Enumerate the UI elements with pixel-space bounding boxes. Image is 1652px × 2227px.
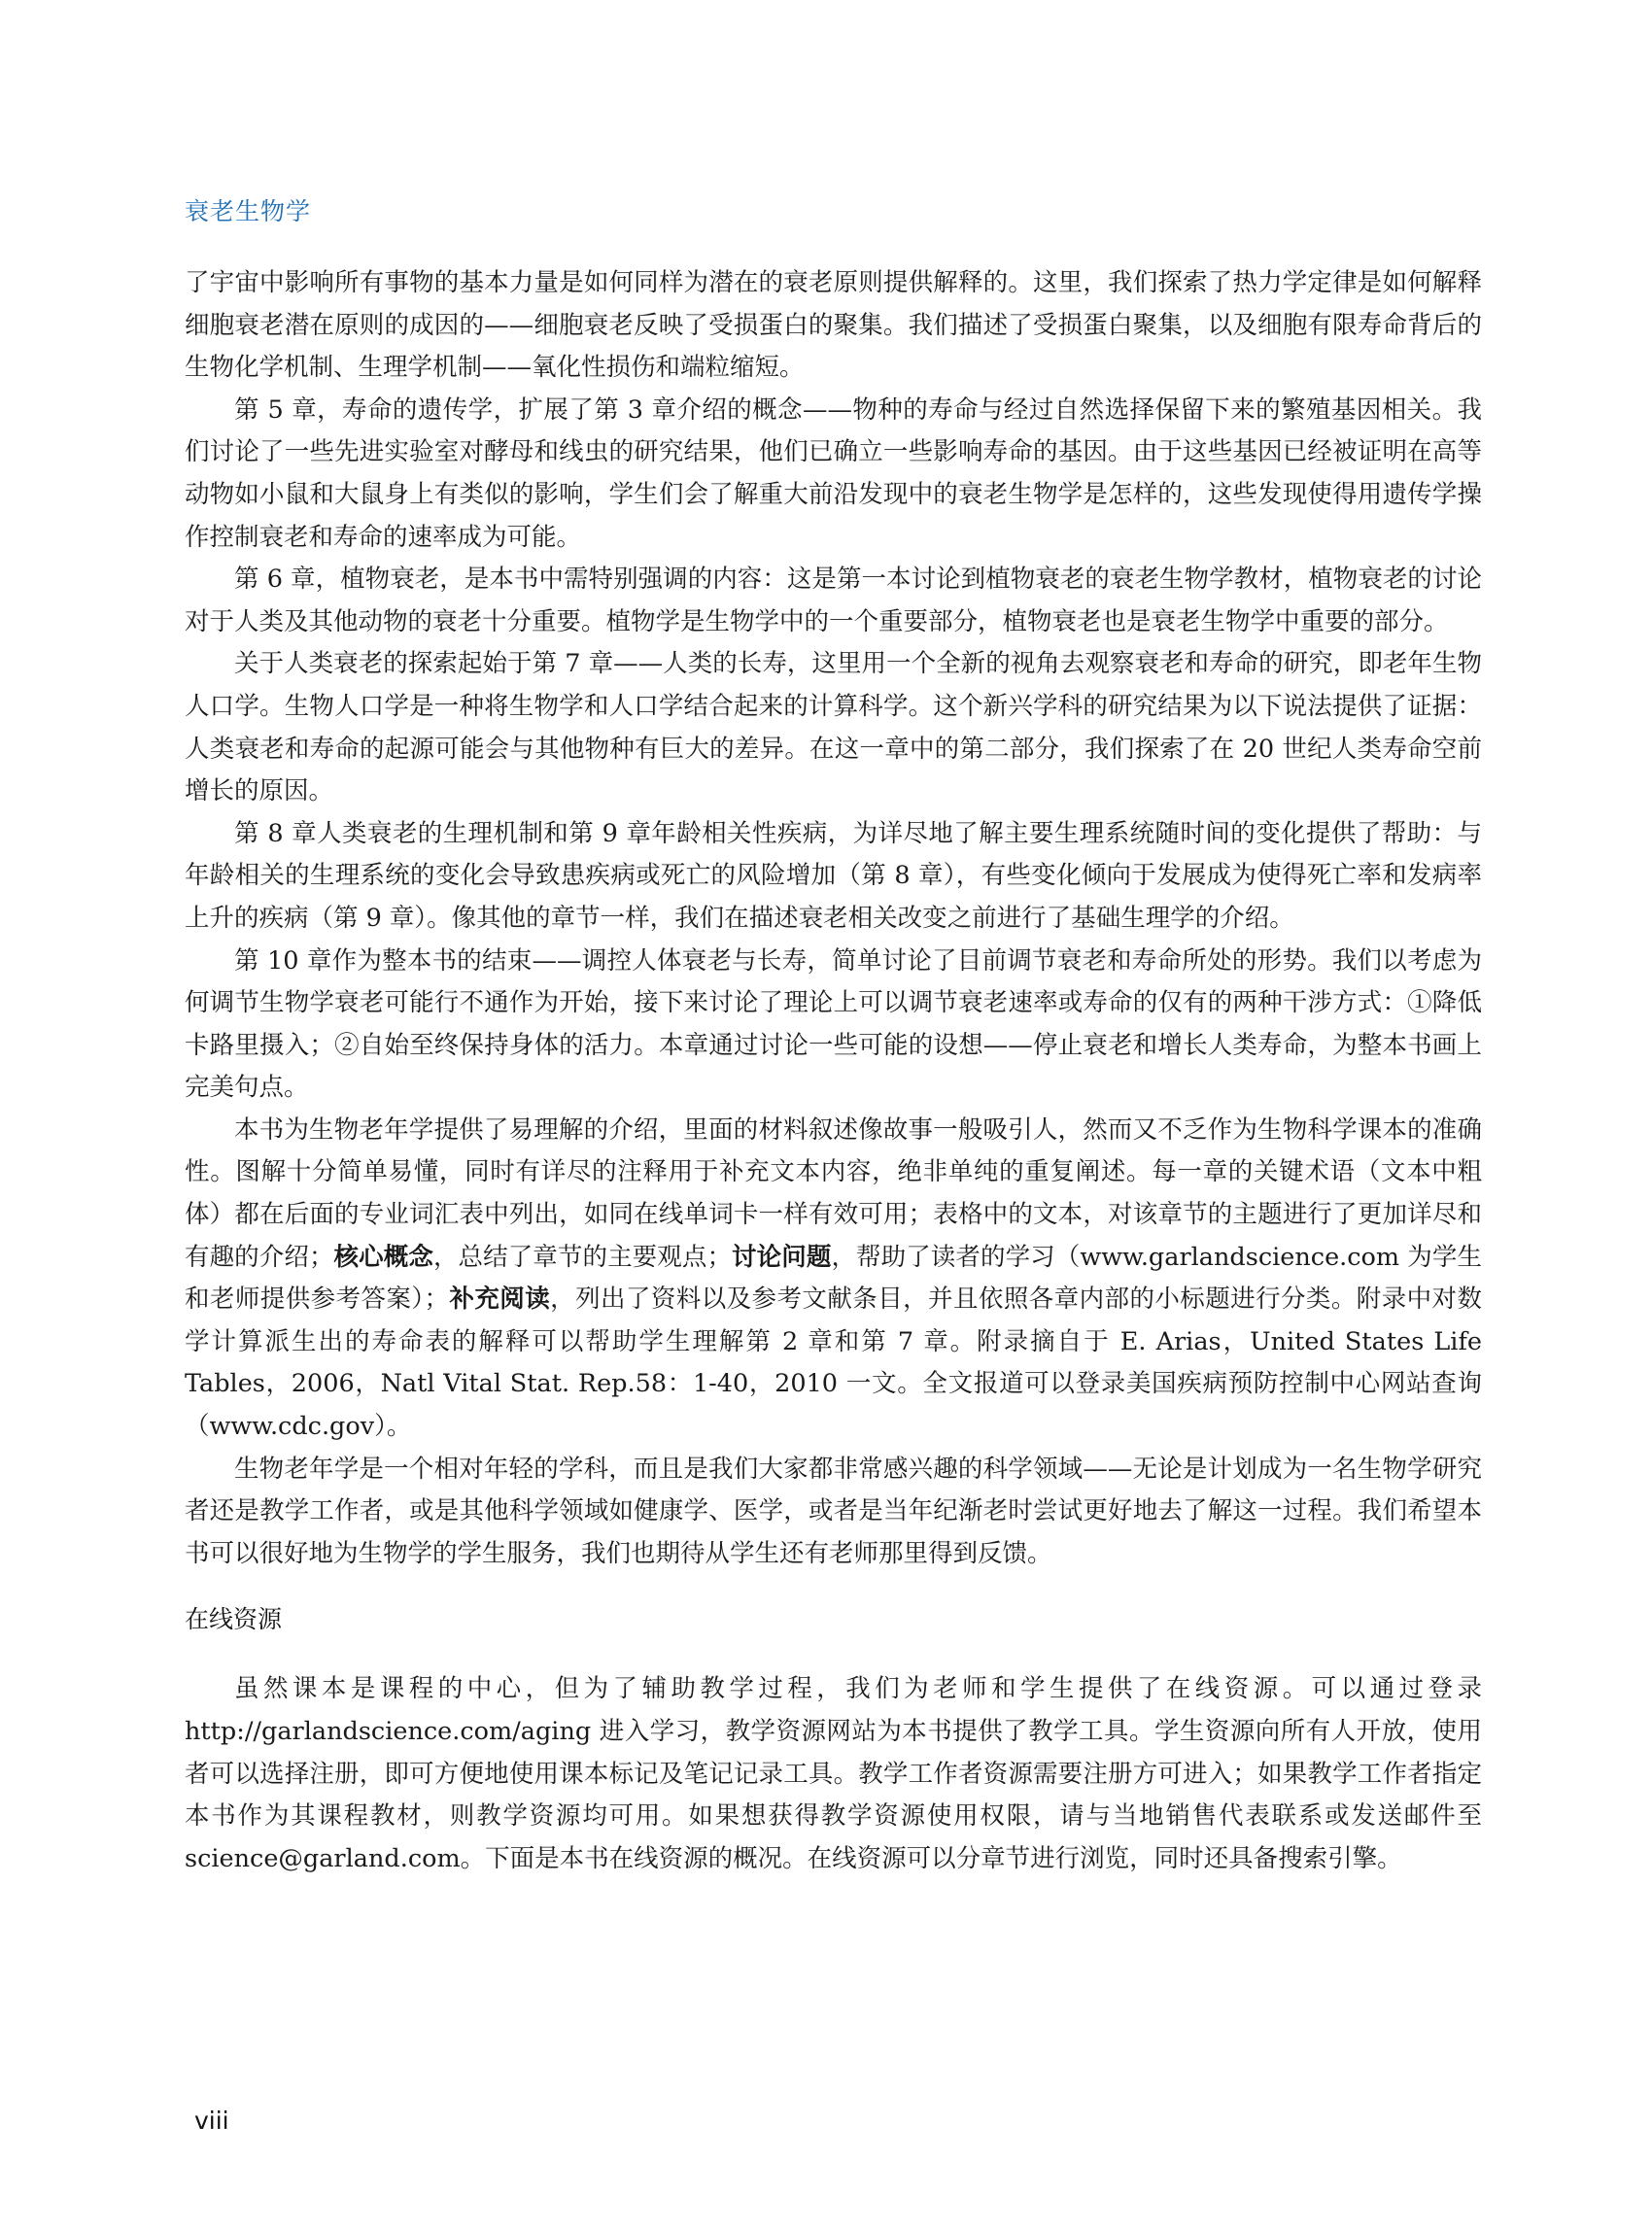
section-heading-online-resources: 在线资源 (185, 1600, 1482, 1639)
bold-term-discussion-questions: 讨论问题 (732, 1243, 831, 1272)
page-body: 了宇宙中影响所有事物的基本力量是如何同样为潜在的衰老原则提供解释的。这里，我们探… (185, 262, 1482, 1880)
paragraph-chapter-5: 第 5 章，寿命的遗传学，扩展了第 3 章介绍的概念——物种的寿命与经过自然选择… (185, 390, 1482, 559)
running-head: 衰老生物学 (185, 192, 311, 227)
paragraph-continued: 了宇宙中影响所有事物的基本力量是如何同样为潜在的衰老原则提供解释的。这里，我们探… (185, 262, 1482, 390)
bold-term-core-concepts: 核心概念 (333, 1243, 432, 1272)
page-number: viii (194, 2107, 229, 2135)
text-segment: ，总结了章节的主要观点； (433, 1243, 732, 1272)
paragraph-book-features: 本书为生物老年学提供了易理解的介绍，里面的材料叙述像故事一般吸引人，然而又不乏作… (185, 1110, 1482, 1449)
bold-term-further-reading: 补充阅读 (449, 1285, 550, 1314)
paragraph-chapter-8-9: 第 8 章人类衰老的生理机制和第 9 章年龄相关性疾病，为详尽地了解主要生理系统… (185, 813, 1482, 941)
paragraph-chapter-10: 第 10 章作为整本书的结束——调控人体衰老与长寿，简单讨论了目前调节衰老和寿命… (185, 941, 1482, 1110)
paragraph-conclusion: 生物老年学是一个相对年轻的学科，而且是我们大家都非常感兴趣的科学领域——无论是计… (185, 1449, 1482, 1576)
paragraph-chapter-7: 关于人类衰老的探索起始于第 7 章——人类的长寿，这里用一个全新的视角去观察衰老… (185, 643, 1482, 812)
paragraph-online-resources: 虽然课本是课程的中心，但为了辅助教学过程，我们为老师和学生提供了在线资源。可以通… (185, 1668, 1482, 1880)
paragraph-chapter-6: 第 6 章，植物衰老，是本书中需特别强调的内容：这是第一本讨论到植物衰老的衰老生… (185, 559, 1482, 643)
